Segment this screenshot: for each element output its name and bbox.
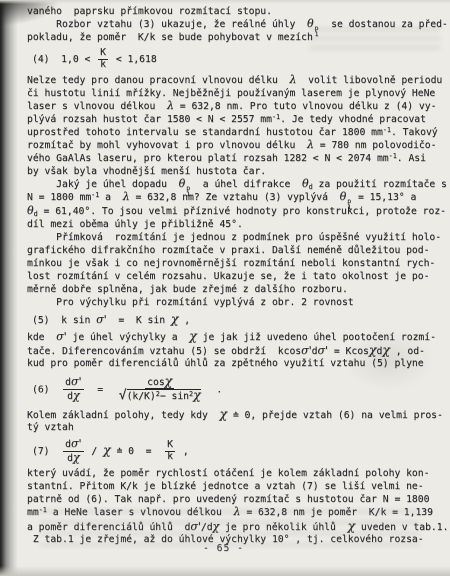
text-line: který uvádí, že poměr rychlostí otáčení … [27, 467, 445, 480]
text-line: N = 1800 mm-1 a λ = 632,8 nm? Ze vztahu … [27, 191, 445, 204]
text-line: mínkou je však i co nejrovnoměrnější roz… [27, 257, 445, 270]
scan-edge-bottom [0, 566, 450, 576]
text-line: Rozbor vztahu (3) ukazuje, že reálné úhl… [27, 18, 445, 31]
text-line: plývá rozsah hustot čar 1580 < N < 2557 … [27, 113, 445, 126]
text-line: rozmítač by mohl vyhovovat i pro vlnovou… [27, 139, 445, 152]
text-line: díl mezi oběma úhly je přibližně 45°. [27, 218, 445, 231]
text-line: mm-1 a HeNe laser s vlnovou délkou λ = 6… [27, 506, 445, 519]
text-line: vaného paprsku přímkovou rozmítací stopu… [27, 5, 445, 18]
text-line: kud pro poměr diferenciálů úhlů za zpětn… [27, 357, 445, 370]
text-line: vého GaAlAs laseru, pro kterou platí roz… [27, 152, 445, 165]
scan-edge-left [0, 0, 18, 576]
formula-6: (6) dσ'dχ = cosχ√(k/K)2− sin2χ . [32, 375, 445, 404]
scan-edge-top [0, 0, 450, 4]
text-line: Jaký je úhel dopadu θp1 a úhel difrakce … [27, 178, 445, 191]
text-line: by však byla vhodnější menší hustota čar… [27, 165, 445, 178]
formula-5: (5) k sin σ' = K sin χ , [32, 313, 445, 327]
text-line: měrně dobře splněna, jak bude zřejmé z d… [27, 283, 445, 296]
text-line: Kolem základní polohy, tedy kdy χ ≐ 0, p… [27, 408, 445, 421]
text-line: tače. Diferencováním vztahu (5) se obdrž… [27, 344, 445, 357]
text-line: Nelze tedy pro danou pracovní vlnovou dé… [27, 74, 445, 87]
formula-7: (7) dσ'dχ / χ ≐ 0 = Kk , [32, 438, 445, 464]
text-line: tý vztah [27, 421, 445, 434]
text-line: Přímková rozmítání je jednou z podmínek … [27, 231, 445, 244]
text-line: pokladu, že poměr K/k se bude pohybovat … [27, 31, 445, 44]
text-line: θd = 61,40°. To jsou velmi příznivé hodn… [27, 205, 445, 218]
text-line: lost rozmítání v celém rozsahu. Ukazuje … [27, 270, 445, 283]
text-column: vaného paprsku přímkovou rozmítací stopu… [27, 5, 445, 546]
text-line: grafického difrakčního rozmítače v praxi… [27, 244, 445, 257]
text-line: či hustotu linií mřížky. Nejběžněji použ… [27, 87, 445, 100]
text-line: a poměr diferenciálů úhlů dσ'/dχ je pro … [27, 520, 445, 533]
text-line: laser s vlnovou délkou λ = 632,8 nm. Pro… [27, 100, 445, 113]
scanned-page: vaného paprsku přímkovou rozmítací stopu… [0, 0, 450, 576]
formula-4: (4) 1,0 < Kk < 1,618 [32, 48, 445, 70]
text-line: stantní. Přitom K/k je blízké jednotce a… [27, 480, 445, 493]
page-number: - 65 - [203, 543, 244, 554]
text-line: Pro výchylku při rozmítání vyplývá z obr… [27, 296, 445, 309]
text-line: uprostřed tohoto intervalu se standardní… [27, 126, 445, 139]
